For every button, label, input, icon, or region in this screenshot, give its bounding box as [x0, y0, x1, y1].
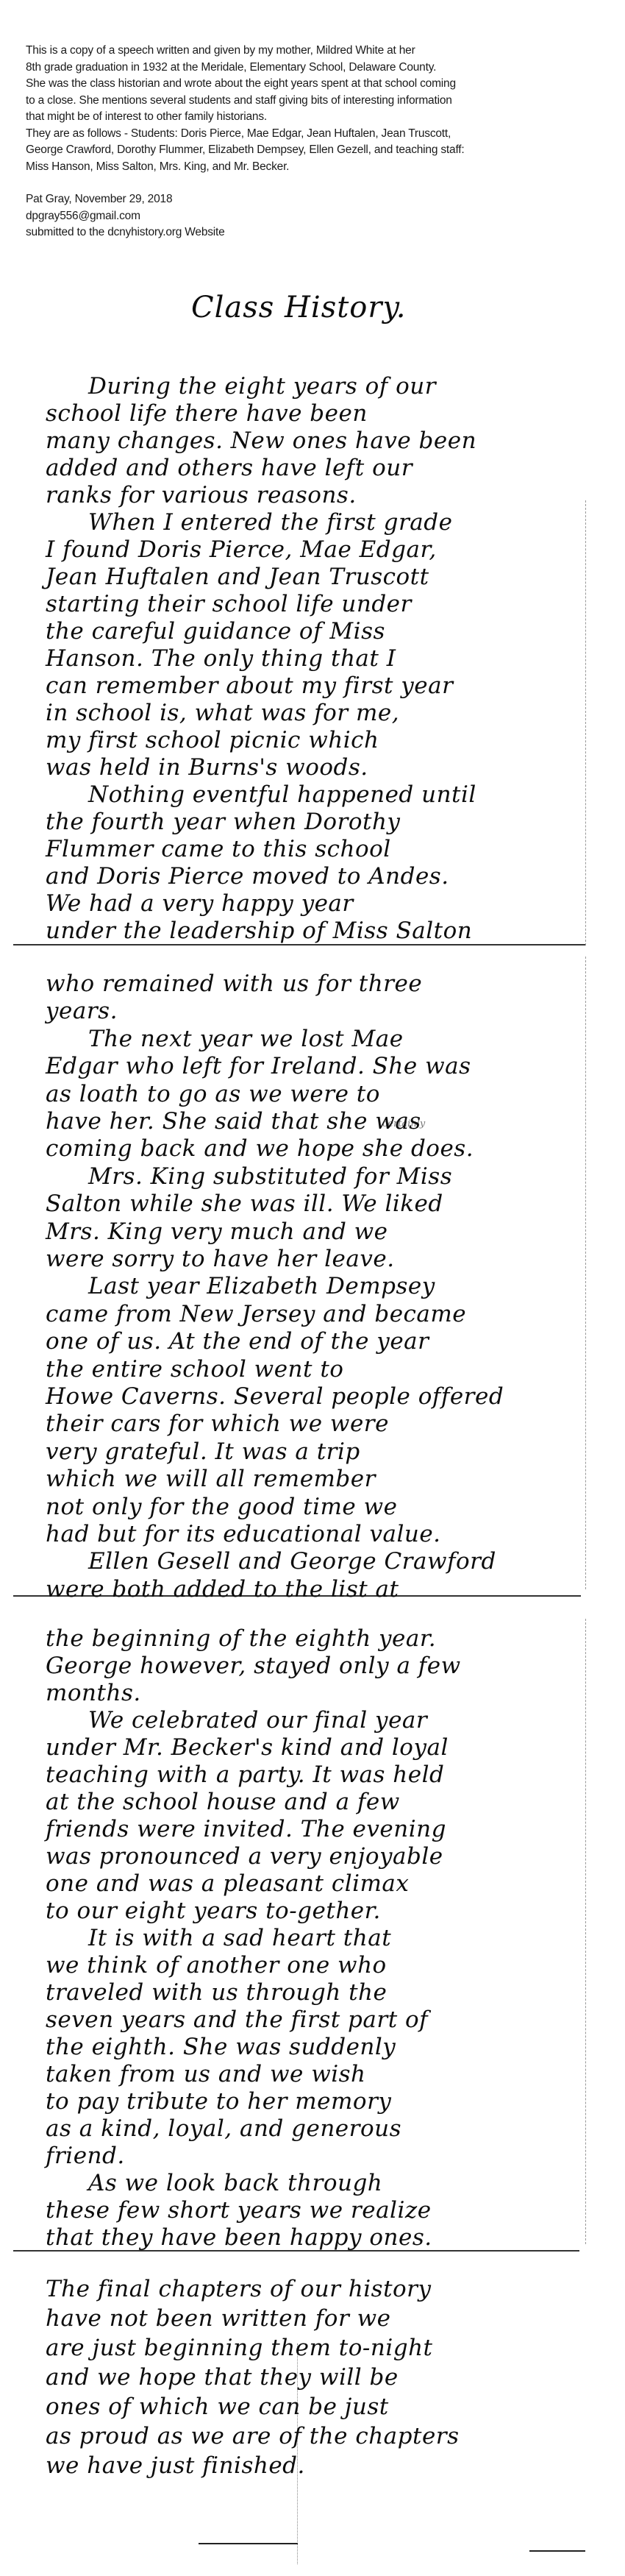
- handwritten-line: friends were invited. The evening: [46, 1818, 446, 1841]
- handwritten-line: the fourth year when Dorothy: [46, 811, 400, 834]
- handwritten-line: was held in Burns's woods.: [46, 756, 368, 779]
- handwritten-line: came from New Jersey and became: [46, 1303, 466, 1326]
- handwritten-line: very grateful. It was a trip: [46, 1441, 360, 1463]
- handwritten-line: one and was a pleasant climax: [46, 1873, 409, 1895]
- handwritten-speech: Class History. certainly During the eigh…: [0, 0, 625, 2576]
- handwritten-line: to pay tribute to her memory: [46, 2090, 391, 2113]
- handwritten-line: school life there have been: [46, 402, 368, 425]
- handwritten-line: these few short years we realize: [46, 2199, 432, 2222]
- handwritten-line: many changes. New ones have been: [46, 430, 476, 453]
- handwritten-line: When I entered the first grade: [88, 511, 452, 534]
- handwritten-line: months.: [46, 1682, 141, 1705]
- handwritten-line: We celebrated our final year: [88, 1709, 427, 1732]
- paper-edge: [585, 957, 586, 1589]
- handwritten-line: traveled with us through the: [46, 1981, 387, 2004]
- handwritten-line: as a kind, loyal, and generous: [46, 2118, 401, 2140]
- handwritten-line: and Doris Pierce moved to Andes.: [46, 865, 449, 888]
- handwritten-line: that they have been happy ones.: [46, 2226, 432, 2249]
- handwritten-line: The next year we lost Mae: [88, 1028, 404, 1051]
- handwritten-line: years.: [46, 1000, 118, 1023]
- handwritten-line: Edgar who left for Ireland. She was: [46, 1055, 471, 1078]
- handwritten-line: Ellen Gesell and George Crawford: [88, 1550, 496, 1573]
- handwritten-line: We had a very happy year: [46, 893, 354, 915]
- handwritten-line: The final chapters of our history: [46, 2278, 432, 2301]
- handwritten-line: in school is, what was for me,: [46, 702, 399, 725]
- handwritten-line: starting their school life under: [46, 593, 412, 616]
- handwritten-line: George however, stayed only a few: [46, 1655, 461, 1678]
- handwritten-line: we think of another one who: [46, 1954, 387, 1977]
- handwritten-line: as proud as we are of the chapters: [46, 2425, 460, 2448]
- handwritten-line: were both added to the list at: [46, 1578, 399, 1601]
- handwritten-line: my first school picnic which: [46, 729, 379, 752]
- handwritten-line: coming back and we hope she does.: [46, 1138, 474, 1160]
- handwritten-line: It is with a sad heart that: [88, 1927, 391, 1950]
- handwritten-line: under the leadership of Miss Salton: [46, 920, 472, 943]
- handwritten-line: During the eight years of our: [88, 375, 436, 398]
- handwritten-line: the careful guidance of Miss: [46, 620, 385, 643]
- speech-title: Class History.: [191, 291, 407, 324]
- handwritten-line: taken from us and we wish: [46, 2063, 366, 2086]
- handwritten-line: ranks for various reasons.: [46, 484, 357, 507]
- handwritten-line: one of us. At the end of the year: [46, 1330, 429, 1353]
- handwritten-line: Hanson. The only thing that I: [46, 647, 396, 670]
- handwritten-line: were sorry to have her leave.: [46, 1248, 395, 1271]
- handwritten-line: Mrs. King substituted for Miss: [88, 1165, 452, 1188]
- handwritten-line: at the school house and a few: [46, 1791, 400, 1814]
- handwritten-line: teaching with a party. It was held: [46, 1764, 444, 1786]
- handwritten-line: are just beginning them to-night: [46, 2337, 433, 2360]
- paper-edge: [199, 2543, 298, 2544]
- handwritten-line: was pronounced a very enjoyable: [46, 1845, 443, 1868]
- handwritten-line: as loath to go as we were to: [46, 1083, 380, 1106]
- paper-edge: [529, 2550, 585, 2552]
- handwritten-line: who remained with us for three: [46, 973, 422, 996]
- handwritten-line: had but for its educational value.: [46, 1523, 441, 1546]
- handwritten-line: seven years and the first part of: [46, 2009, 428, 2032]
- paper-edge: [585, 1619, 586, 2244]
- handwritten-line: the beginning of the eighth year.: [46, 1628, 436, 1650]
- handwritten-line: the eighth. She was suddenly: [46, 2036, 396, 2059]
- handwritten-line: Last year Elizabeth Dempsey: [88, 1275, 435, 1298]
- handwritten-line: Nothing eventful happened until: [88, 784, 476, 806]
- handwritten-line: I found Doris Pierce, Mae Edgar,: [46, 539, 437, 561]
- handwritten-line: Jean Huftalen and Jean Truscott: [46, 566, 429, 589]
- handwritten-line: and we hope that they will be: [46, 2366, 399, 2389]
- handwritten-line: which we will all remember: [46, 1468, 376, 1491]
- handwritten-line: have not been written for we: [46, 2307, 391, 2330]
- handwritten-line: can remember about my first year: [46, 675, 453, 698]
- paper-edge: [585, 500, 586, 945]
- handwritten-line: friend.: [46, 2145, 125, 2168]
- handwritten-line: not only for the good time we: [46, 1496, 398, 1519]
- handwritten-line: Flummer came to this school: [46, 838, 391, 861]
- handwritten-line: under Mr. Becker's kind and loyal: [46, 1736, 449, 1759]
- handwritten-line: we have just finished.: [46, 2455, 305, 2477]
- handwritten-line: As we look back through: [88, 2172, 382, 2195]
- handwritten-line: ones of which we can be just: [46, 2396, 389, 2419]
- handwritten-line: to our eight years to-gether.: [46, 1900, 381, 1923]
- handwritten-line: Mrs. King very much and we: [46, 1221, 388, 1243]
- handwritten-line: Howe Caverns. Several people offered: [46, 1385, 504, 1408]
- handwritten-line: added and others have left our: [46, 457, 413, 480]
- handwritten-line: the entire school went to: [46, 1358, 343, 1381]
- handwritten-line: have her. She said that she was: [46, 1110, 421, 1133]
- handwritten-line: their cars for which we were: [46, 1413, 389, 1436]
- paper-edge: [13, 944, 585, 945]
- handwritten-line: Salton while she was ill. We liked: [46, 1193, 443, 1216]
